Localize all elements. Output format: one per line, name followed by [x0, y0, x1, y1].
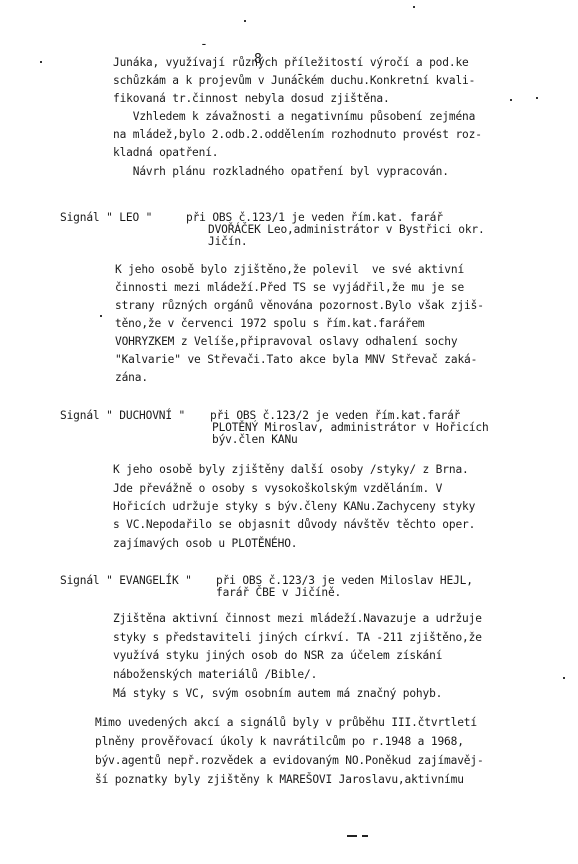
text-line: plněny prověřovací úkoly k navrátilcům p…: [95, 735, 464, 749]
text-line: Hořicích udržuje styky s býv.členy KANu.…: [113, 500, 475, 514]
signal-header-line: DVOŘÁČEK Leo,administrátor v Bystřici ok…: [208, 223, 485, 237]
text-line: na mládež,bylo 2.odb.2.oddělením rozhodn…: [113, 128, 482, 142]
signal-label: Signál " DUCHOVNÍ ": [60, 409, 185, 423]
signal-label: Signál " LEO ": [60, 211, 152, 225]
text-line: Má styky s VC, svým osobním autem má zna…: [113, 687, 442, 701]
text-line: s VC.Nepodařilo se objasnit důvody návšt…: [113, 518, 475, 532]
text-line: činnosti mezi mládeží.Před TS se vyjádři…: [115, 281, 464, 295]
text-line: využívá styku jiných osob do NSR za účel…: [113, 649, 442, 663]
text-line: K jeho osobě bylo zjištěno,že polevil ve…: [115, 263, 464, 277]
text-line: kladná opatření.: [113, 146, 218, 160]
text-line: zajímavých osob u PLOTĚNÉHO.: [113, 537, 297, 551]
text-line: Junáka, využívají různých příležitostí v…: [113, 56, 469, 70]
typewritten-page: - 8 - Junáka, využívají různých příležit…: [0, 0, 578, 864]
page-number-dash-left: -: [200, 37, 208, 52]
signal-header-line: Jičín.: [208, 235, 248, 249]
signal-header-line: býv.člen KANu: [212, 433, 298, 447]
text-line: "Kalvarie" ve Střevači.Tato akce byla MN…: [115, 353, 477, 367]
text-line: Jde převážně o osoby s vysokoškolským vz…: [113, 482, 442, 496]
scan-speck: [510, 99, 512, 101]
signal-label: Signál " EVANGELÍK ": [60, 574, 192, 588]
scan-speck: [40, 61, 42, 63]
scan-mark: [362, 835, 368, 837]
text-line: těno,že v červenci 1972 spolu s řím.kat.…: [115, 317, 425, 331]
scan-speck: [244, 20, 246, 22]
scan-speck: [413, 6, 415, 8]
text-line: náboženských materiálů /Bible/.: [113, 668, 317, 682]
text-line: býv.agentů nepř.rozvědek a evidovaným NO…: [95, 754, 484, 768]
text-line: Vzhledem k závažnosti a negativnímu půso…: [113, 110, 475, 124]
text-line: fikovaná tr.činnost nebyla dosud zjištěn…: [113, 92, 390, 106]
text-line: K jeho osobě byly zjištěny další osoby /…: [113, 463, 469, 477]
text-line: Mimo uvedených akcí a signálů byly v prů…: [95, 716, 477, 730]
text-line: zána.: [115, 371, 148, 385]
scan-speck: [536, 97, 538, 99]
text-line: styky s představiteli jiných církví. TA …: [113, 631, 482, 645]
text-line: Zjištěna aktivní činnost mezi mládeží.Na…: [113, 612, 482, 626]
text-line: Návrh plánu rozkladného opatření byl vyp…: [113, 165, 449, 179]
text-line: VOHRYZKEM z Velíše,připravoval oslavy od…: [115, 335, 457, 349]
text-line: ší poznatky byly zjištěny k MAREŠOVI Jar…: [95, 773, 464, 787]
text-line: schůzkám a k projevům v Junáckém duchu.K…: [113, 74, 475, 88]
text-line: strany různých orgánů věnována pozornost…: [115, 299, 484, 313]
scan-speck: [563, 677, 565, 679]
signal-header-line: farář ČBE v Jičíně.: [216, 586, 341, 600]
scan-mark: [347, 835, 357, 837]
scan-speck: [100, 315, 102, 317]
